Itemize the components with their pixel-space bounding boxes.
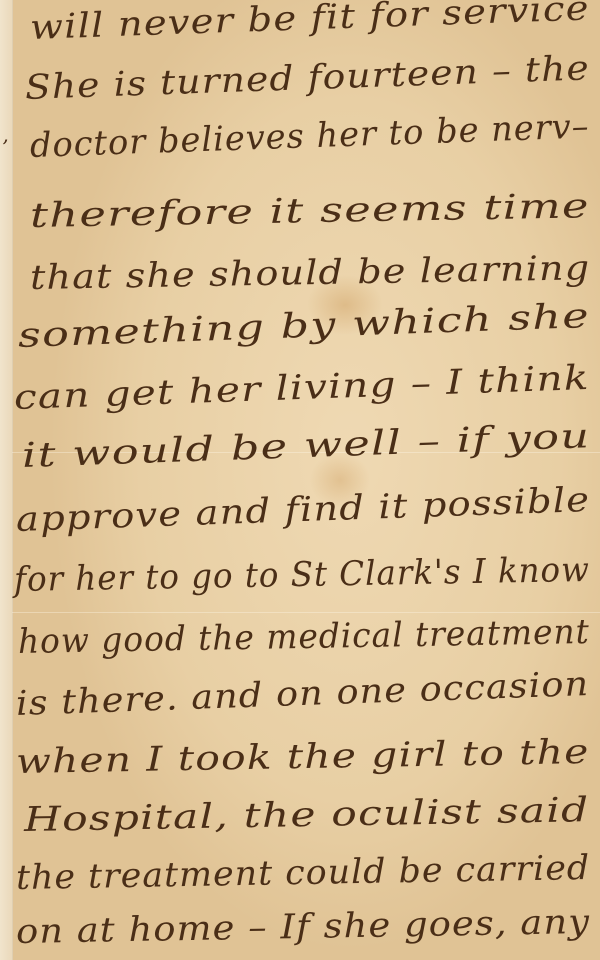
handwritten-line-14: Hospital, the oculist said	[24, 790, 590, 840]
handwritten-line-4: therefore it seems time	[30, 186, 590, 236]
handwritten-line-3: doctor believes her to be nerv–	[29, 106, 590, 166]
handwritten-line-7: can get her living – I think	[13, 358, 590, 418]
handwritten-line-1: will never be fit for service	[29, 0, 590, 48]
handwritten-line-13: when I took the girl to the	[16, 732, 590, 782]
margin-mark: ’	[2, 135, 8, 159]
handwritten-line-2: She is turned fourteen – the	[24, 48, 590, 108]
handwritten-line-15: the treatment could be carried	[16, 848, 591, 898]
handwritten-line-5: that she should be learning	[30, 248, 591, 298]
handwritten-line-8: it would be well – if you	[21, 416, 591, 476]
handwritten-line-9: approve and find it possible	[15, 480, 590, 540]
handwritten-line-11: how good the medical treatment	[18, 612, 590, 662]
handwritten-line-16: on at home – If she goes, any	[16, 902, 591, 952]
handwritten-line-12: is there. and on one occasion	[15, 664, 590, 724]
handwritten-line-10: for her to go to St Clark's I know	[14, 550, 591, 600]
letter-page: ’ will never be fit for service She is t…	[0, 0, 600, 960]
handwritten-line-6: something by which she	[17, 296, 590, 356]
